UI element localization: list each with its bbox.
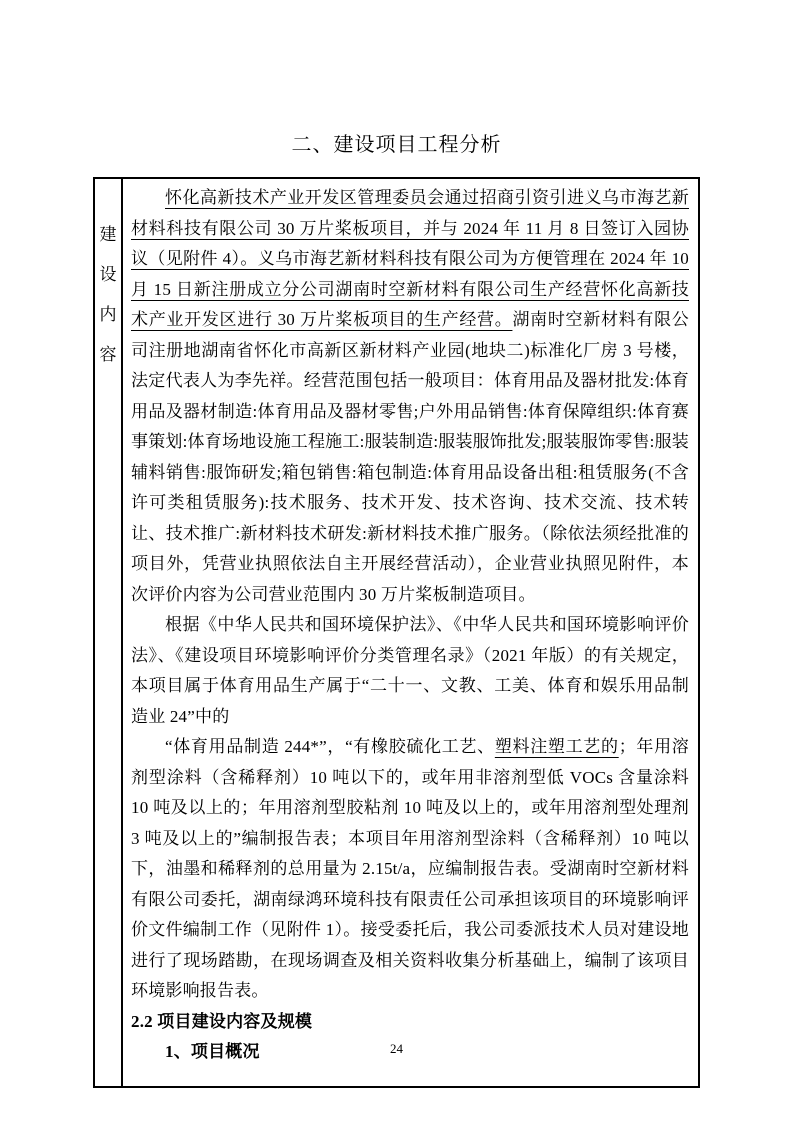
underlined-text-segment: 怀化高新技术产业开发区管理委员会通过招商引资引进义乌市海艺新材料科技有限公司 3… — [131, 188, 689, 329]
paragraph-container: 怀化高新技术产业开发区管理委员会通过招商引资引进义乌市海艺新材料科技有限公司 3… — [131, 183, 689, 1068]
row-header-char: 设 — [95, 255, 121, 295]
row-header-char: 建 — [95, 215, 121, 255]
text-segment: ；年用溶剂型涂料（含稀释剂）10 吨以下的，或年用非溶剂型低 VOCs 含量涂料… — [131, 737, 689, 1000]
content-cell: 怀化高新技术产业开发区管理委员会通过招商引资引进义乌市海艺新材料科技有限公司 3… — [122, 178, 699, 1087]
text-segment: 根据《中华人民共和国环境保护法》、《中华人民共和国环境影响评价法》、《建设项目环… — [131, 615, 689, 726]
heading-paragraph: 2.2 项目建设内容及规模 — [131, 1007, 689, 1038]
body-paragraph: 根据《中华人民共和国环境保护法》、《中华人民共和国环境影响评价法》、《建设项目环… — [131, 610, 689, 732]
section-title: 二、建设项目工程分析 — [0, 0, 793, 159]
content-table: 建设内容 怀化高新技术产业开发区管理委员会通过招商引资引进义乌市海艺新材料科技有… — [93, 177, 700, 1088]
page-number: 24 — [0, 1041, 793, 1057]
text-segment: 湖南时空新材料有限公司注册地湖南省怀化市高新区新材料产业园(地块二)标准化厂房 … — [131, 310, 689, 604]
row-header-cell: 建设内容 — [94, 178, 122, 1087]
document-page: 二、建设项目工程分析 建设内容 怀化高新技术产业开发区管理委员会通过招商引资引进… — [0, 0, 793, 159]
text-segment: 2.2 项目建设内容及规模 — [131, 1012, 312, 1031]
row-header-char: 内 — [95, 295, 121, 335]
row-header-label: 建设内容 — [95, 215, 121, 375]
body-paragraph: 怀化高新技术产业开发区管理委员会通过招商引资引进义乌市海艺新材料科技有限公司 3… — [131, 183, 689, 610]
underlined-text-segment: 塑料注塑工艺的 — [495, 737, 619, 756]
table-row: 建设内容 怀化高新技术产业开发区管理委员会通过招商引资引进义乌市海艺新材料科技有… — [94, 178, 699, 1087]
row-header-char: 容 — [95, 335, 121, 375]
text-segment: “体育用品制造 244*”，“有橡胶硫化工艺、 — [165, 737, 495, 756]
body-paragraph: “体育用品制造 244*”，“有橡胶硫化工艺、塑料注塑工艺的；年用溶剂型涂料（含… — [131, 732, 689, 1007]
